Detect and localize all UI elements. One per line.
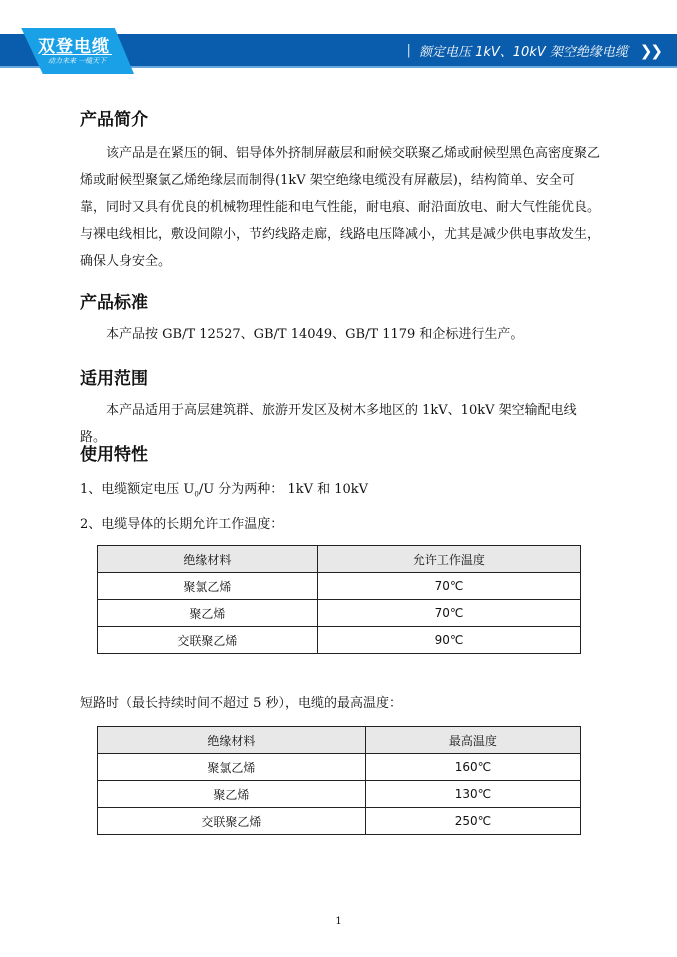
section-title-standard: 产品标准 [80,288,148,313]
usage-item-1-prefix: 1、电缆额定电压 U [80,482,194,497]
logo-divider [42,54,112,55]
table-header-row: 绝缘材料 允许工作温度 [98,546,581,573]
scope-paragraph: 本产品适用于高层建筑群、旅游开发区及树木多地区的 1kV、10kV 架空输配电线… [80,397,600,451]
table-header: 最高温度 [365,727,580,754]
table-row: 聚乙烯 70℃ [98,600,581,627]
table-row: 交联聚乙烯 250℃ [98,808,581,835]
table-header-row: 绝缘材料 最高温度 [98,727,581,754]
usage-item-1-suffix: /U 分为两种： 1kV 和 10kV [199,482,368,497]
working-temperature-table: 绝缘材料 允许工作温度 聚氯乙烯 70℃ 聚乙烯 70℃ 交联聚乙烯 90℃ [97,545,581,654]
intro-paragraph: 该产品是在紧压的铜、铝导体外挤制屏蔽层和耐候交联聚乙烯或耐候型黑色高密度聚乙烯或… [80,140,600,275]
standard-paragraph: 本产品按 GB/T 12527、GB/T 14049、GB/T 1179 和企标… [80,321,600,348]
table-header: 绝缘材料 [98,727,366,754]
table-cell: 130℃ [365,781,580,808]
usage-item-2: 2、电缆导体的长期允许工作温度： [80,511,600,538]
short-circuit-temperature-table: 绝缘材料 最高温度 聚氯乙烯 160℃ 聚乙烯 130℃ 交联聚乙烯 250℃ [97,726,581,835]
double-chevron-right-icon: ❯❯ [640,42,661,60]
short-circuit-note: 短路时（最长持续时间不超过 5 秒），电缆的最高温度： [80,690,600,717]
table-header: 绝缘材料 [98,546,318,573]
table-cell: 交联聚乙烯 [98,627,318,654]
page-number: 1 [0,916,677,927]
table-cell: 70℃ [317,600,580,627]
usage-item-1: 1、电缆额定电压 U0/U 分为两种： 1kV 和 10kV [80,476,600,509]
header-separator: | [407,43,411,58]
header-product-title: | 额定电压 1kV、10kV 架空绝缘电缆 ❯❯ [407,41,661,60]
table-cell: 聚氯乙烯 [98,754,366,781]
table-row: 聚氯乙烯 70℃ [98,573,581,600]
table-cell: 160℃ [365,754,580,781]
section-title-intro: 产品简介 [80,105,148,130]
table-cell: 250℃ [365,808,580,835]
section-title-usage: 使用特性 [80,440,148,465]
table-row: 聚乙烯 130℃ [98,781,581,808]
table-header: 允许工作温度 [317,546,580,573]
product-title: 额定电压 1kV、10kV 架空绝缘电缆 [419,41,628,60]
table-cell: 70℃ [317,573,580,600]
table-cell: 聚氯乙烯 [98,573,318,600]
table-cell: 90℃ [317,627,580,654]
table-row: 交联聚乙烯 90℃ [98,627,581,654]
table-row: 聚氯乙烯 160℃ [98,754,581,781]
brand-slogan: 动力未来 一缆天下 [48,56,106,66]
table-cell: 聚乙烯 [98,600,318,627]
section-title-scope: 适用范围 [80,364,148,389]
table-cell: 聚乙烯 [98,781,366,808]
table-cell: 交联聚乙烯 [98,808,366,835]
